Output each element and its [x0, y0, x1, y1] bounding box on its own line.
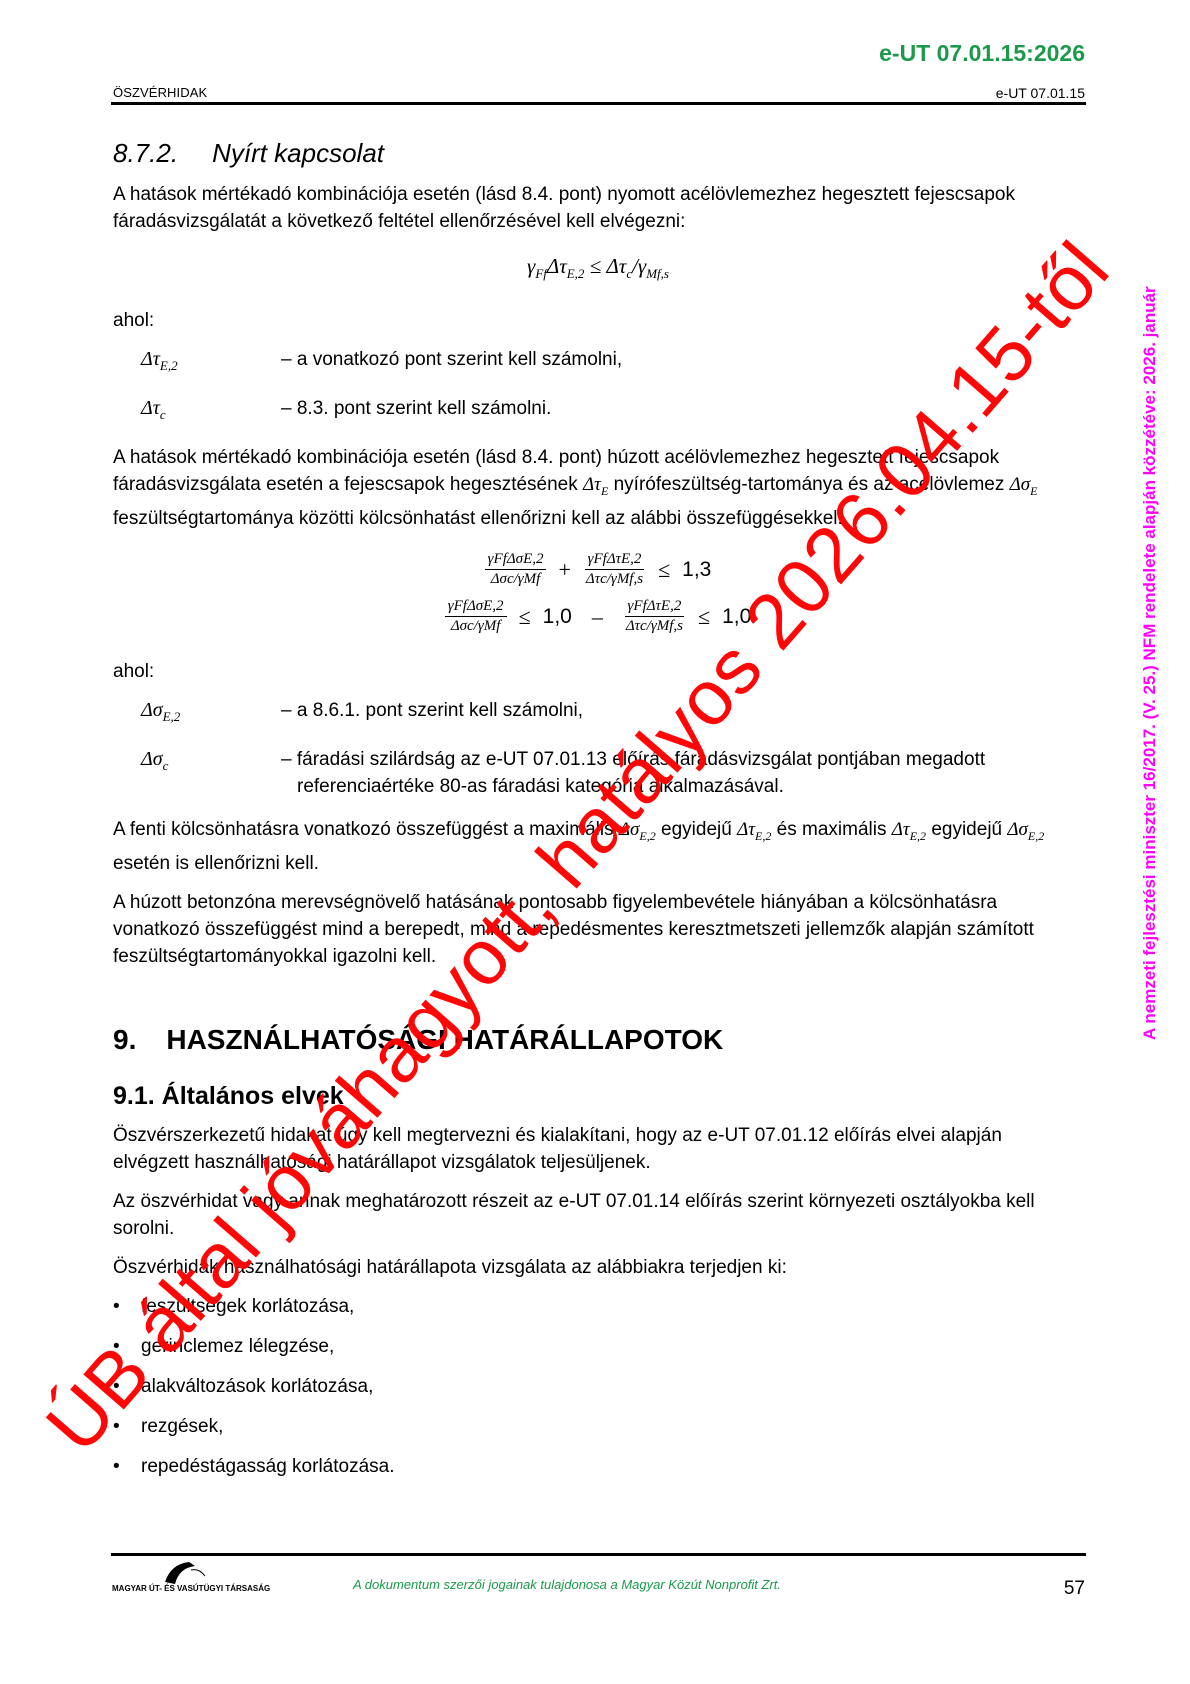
list-item: •rezgések,: [113, 1413, 1083, 1440]
definition-symbol: ΔτE,2: [113, 346, 281, 379]
fraction: γFfΔτE,2Δτc/γMf,s: [583, 550, 646, 589]
page-number: 57: [1064, 1578, 1085, 1600]
section-91-heading: 9.1. Általános elvek: [113, 1083, 1083, 1110]
section-872-para4: A húzott betonzóna merevségnövelő hatásá…: [113, 889, 1083, 970]
section-9-heading: 9. HASZNÁLHATÓSÁGI HATÁRÁLLAPOTOK: [113, 1026, 1083, 1053]
definition-symbol: Δτc: [113, 395, 281, 428]
section-872-number: 8.7.2.: [113, 140, 178, 167]
list-item: •feszültségek korlátozása,: [113, 1293, 1083, 1320]
footer-copyright: A dokumentum szerzői jogainak tulajdonos…: [353, 1577, 781, 1592]
interaction-eq-1: γFfΔσE,2Δσc/γMf + γFfΔτE,2Δτc/γMf,s ≤ 1,…: [485, 550, 712, 589]
document-code-top: e-UT 07.01.15:2026: [879, 40, 1085, 67]
definition-symbol: Δσc: [113, 746, 281, 800]
list-item: •gerinclemez lélegzése,: [113, 1333, 1083, 1360]
list-item: •alakváltozások korlátozása,: [113, 1373, 1083, 1400]
interaction-equations: γFfΔσE,2Δσc/γMf + γFfΔτE,2Δτc/γMf,s ≤ 1,…: [113, 546, 1083, 640]
society-logo: MAGYAR ÚT- ÉS VASÚTÜGYI TÁRSASÁG: [112, 1562, 262, 1602]
header-section-title: ÖSZVÉRHIDAK: [113, 85, 207, 100]
where-label-2: ahol:: [113, 658, 1083, 685]
publication-side-note: A nemzeti fejlesztési miniszter 16/2017.…: [1140, 286, 1160, 1040]
section-872-heading: 8.7.2. Nyírt kapcsolat: [113, 140, 1083, 167]
definition-row: ΔσE,2 – a 8.6.1. pont szerint kell számo…: [113, 697, 1083, 730]
section-872-title: Nyírt kapcsolat: [212, 140, 384, 167]
header-code: e-UT 07.01.15: [996, 85, 1085, 101]
header-rule: [111, 102, 1086, 105]
definition-symbol: ΔσE,2: [113, 697, 281, 730]
serviceability-list: •feszültségek korlátozása, •gerinclemez …: [113, 1293, 1083, 1480]
fraction: γFfΔσE,2Δσc/γMf: [485, 550, 547, 589]
fraction: γFfΔσE,2Δσc/γMf: [445, 597, 507, 636]
section-9-number: 9.: [113, 1026, 136, 1053]
footer-rule: [111, 1553, 1086, 1556]
section-872-intro: A hatások mértékadó kombinációja esetén …: [113, 181, 1083, 235]
where-label: ahol:: [113, 307, 1083, 334]
list-item: •repedéstágasság korlátozása.: [113, 1453, 1083, 1480]
fraction: γFfΔτE,2Δτc/γMf,s: [623, 597, 686, 636]
bullet-icon: •: [113, 1453, 141, 1480]
equation-main: γFfΔτE,2 ≤ Δτc/γMf,s: [113, 253, 1083, 287]
